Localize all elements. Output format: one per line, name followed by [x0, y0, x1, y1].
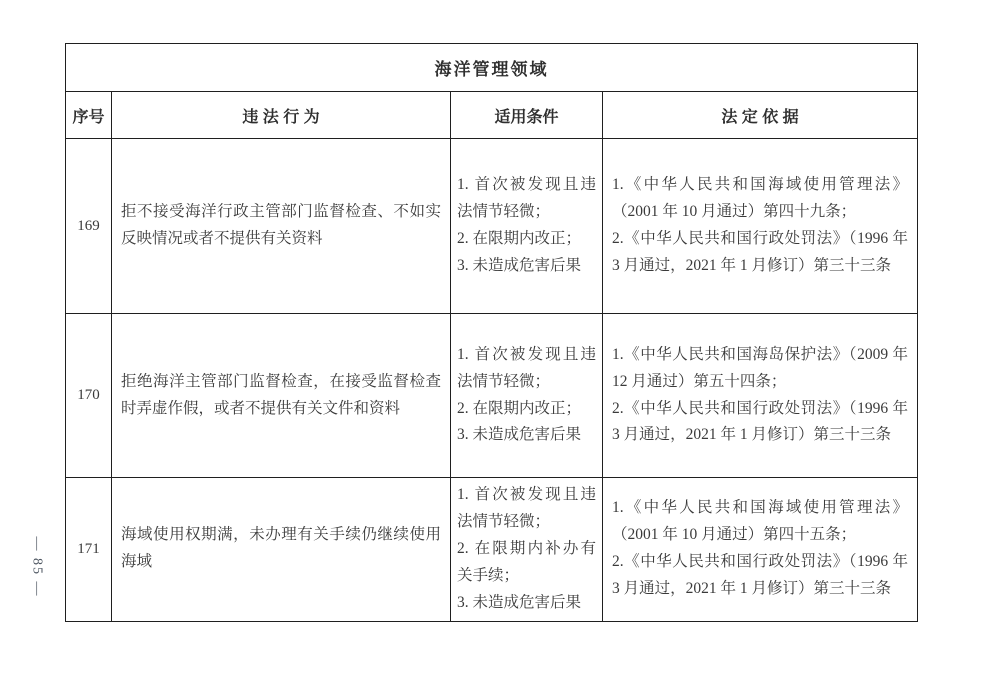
conditions-cell: 1. 首次被发现且违法情节轻微； 2. 在限期内改正； 3. 未造成危害后果	[451, 314, 603, 478]
legal-basis-item: 2.《中华人民共和国行政处罚法》（1996 年 3 月通过，2021 年 1 月…	[612, 396, 908, 450]
conditions-cell: 1. 首次被发现且违法情节轻微； 2. 在限期内改正； 3. 未造成危害后果	[451, 139, 603, 314]
legal-basis-item: 2.《中华人民共和国行政处罚法》（1996 年 3 月通过，2021 年 1 月…	[612, 226, 908, 280]
legal-basis-item: 1.《中华人民共和国海岛保护法》（2009 年 12 月通过）第五十四条；	[612, 342, 908, 396]
legal-basis-item: 2.《中华人民共和国行政处罚法》（1996 年 3 月通过，2021 年 1 月…	[612, 549, 908, 603]
condition-item: 3. 未造成危害后果	[457, 590, 596, 617]
condition-item: 1. 首次被发现且违法情节轻微；	[457, 482, 596, 536]
row-serial-number: 170	[66, 314, 112, 478]
conditions-cell: 1. 首次被发现且违法情节轻微； 2. 在限期内补办有关手续； 3. 未造成危害…	[451, 478, 603, 622]
col-header-illegal-behavior: 违 法 行 为	[112, 92, 451, 139]
condition-item: 2. 在限期内改正；	[457, 226, 596, 253]
col-header-applicable-conditions: 适用条件	[451, 92, 603, 139]
col-header-serial-number: 序号	[66, 92, 112, 139]
page-number-text: — 85 —	[28, 537, 44, 598]
violation-text: 拒不接受海洋行政主管部门监督检查、不如实反映情况或者不提供有关资料	[112, 139, 451, 314]
condition-item: 1. 首次被发现且违法情节轻微；	[457, 342, 596, 396]
violation-text: 拒绝海洋主管部门监督检查，在接受监督检查时弄虚作假，或者不提供有关文件和资料	[112, 314, 451, 478]
condition-item: 1. 首次被发现且违法情节轻微；	[457, 172, 596, 226]
table-row: 171 海域使用权期满，未办理有关手续仍继续使用海域 1. 首次被发现且违法情节…	[66, 478, 918, 622]
row-serial-number: 171	[66, 478, 112, 622]
condition-item: 3. 未造成危害后果	[457, 253, 596, 280]
table-row: 170 拒绝海洋主管部门监督检查，在接受监督检查时弄虚作假，或者不提供有关文件和…	[66, 314, 918, 478]
legal-table: 海洋管理领域 序号 违 法 行 为 适用条件 法 定 依 据 169 拒不接受海…	[65, 43, 918, 622]
document-page: — 85 — 海洋管理领域 序号 违 法 行 为 适用条件 法 定 依 据 16…	[0, 0, 999, 692]
page-number: — 85 —	[4, 503, 68, 631]
condition-item: 2. 在限期内改正；	[457, 396, 596, 423]
legal-basis-cell: 1.《中华人民共和国海域使用管理法》（2001 年 10 月通过）第四十九条； …	[603, 139, 918, 314]
row-serial-number: 169	[66, 139, 112, 314]
legal-basis-cell: 1.《中华人民共和国海域使用管理法》（2001 年 10 月通过）第四十五条； …	[603, 478, 918, 622]
violation-text: 海域使用权期满，未办理有关手续仍继续使用海域	[112, 478, 451, 622]
table-row: 169 拒不接受海洋行政主管部门监督检查、不如实反映情况或者不提供有关资料 1.…	[66, 139, 918, 314]
condition-item: 2. 在限期内补办有关手续；	[457, 536, 596, 590]
table-title-row: 海洋管理领域	[66, 44, 918, 92]
condition-item: 3. 未造成危害后果	[457, 422, 596, 449]
table-header-row: 序号 违 法 行 为 适用条件 法 定 依 据	[66, 92, 918, 139]
legal-basis-cell: 1.《中华人民共和国海岛保护法》（2009 年 12 月通过）第五十四条； 2.…	[603, 314, 918, 478]
table-title: 海洋管理领域	[66, 44, 918, 92]
legal-basis-item: 1.《中华人民共和国海域使用管理法》（2001 年 10 月通过）第四十五条；	[612, 495, 908, 549]
col-header-legal-basis: 法 定 依 据	[603, 92, 918, 139]
legal-basis-item: 1.《中华人民共和国海域使用管理法》（2001 年 10 月通过）第四十九条；	[612, 172, 908, 226]
